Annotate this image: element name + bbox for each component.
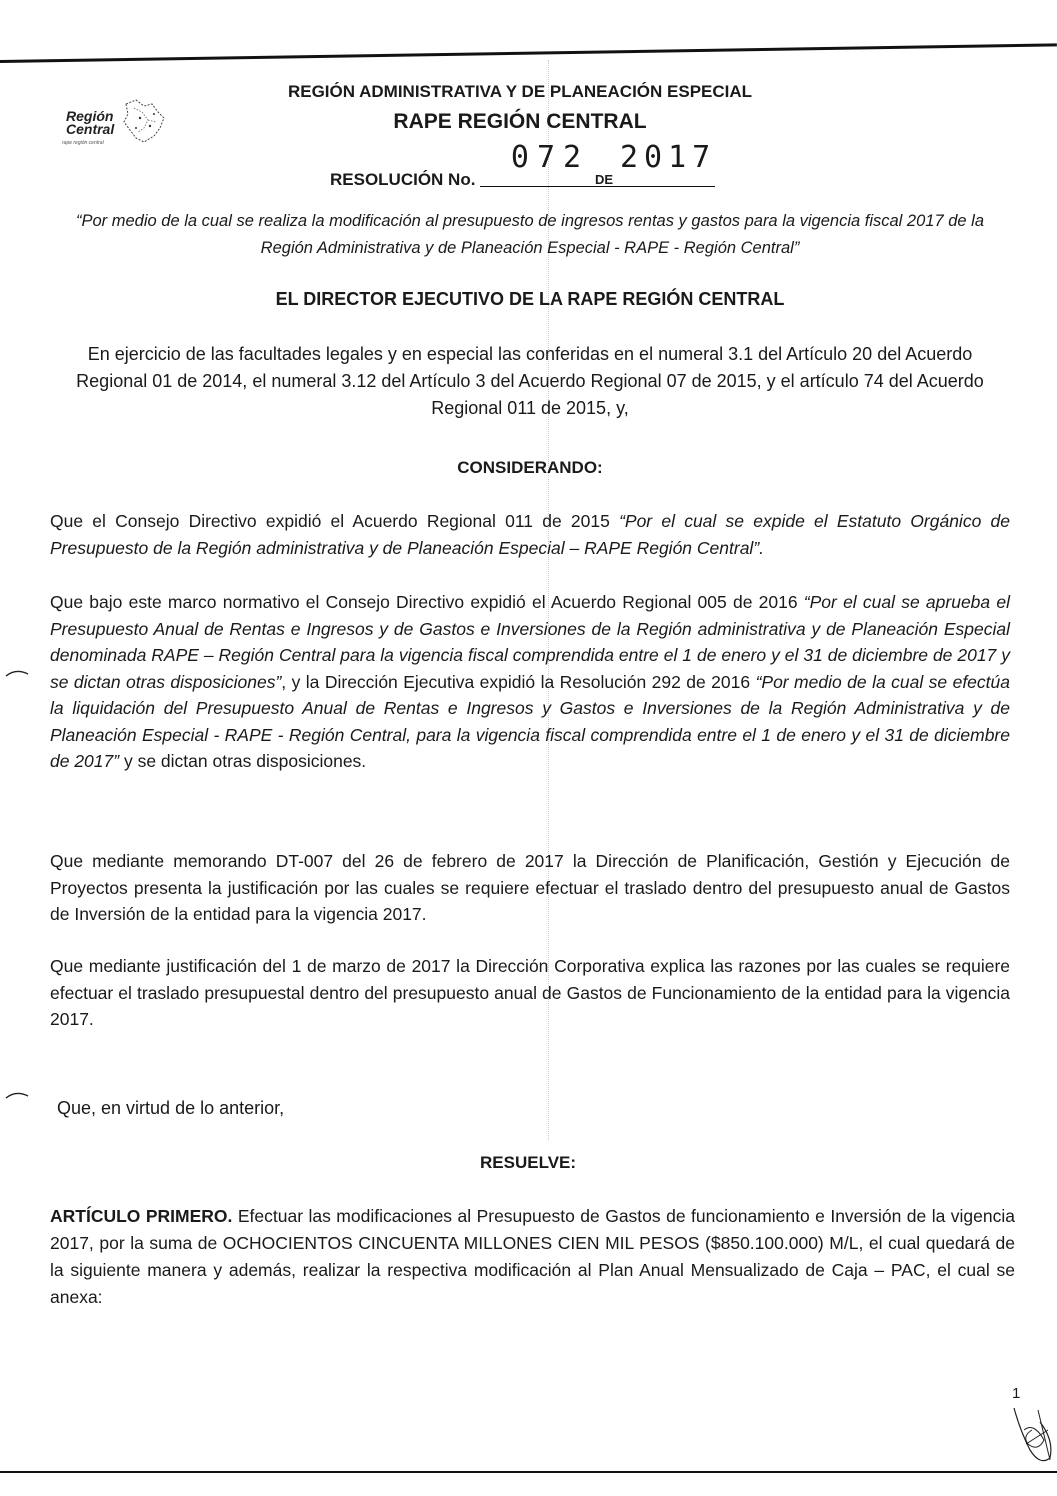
considerando-paragraph-4: Que mediante justificación del 1 de marz… bbox=[50, 953, 1010, 1033]
resolution-label: RESOLUCIÓN No. bbox=[330, 170, 475, 190]
margin-punch-mark bbox=[4, 1090, 34, 1100]
entity-name: RAPE REGIÓN CENTRAL bbox=[220, 110, 820, 134]
paragraph-text-mid: , y la Dirección Ejecutiva expidió la Re… bbox=[281, 672, 755, 692]
bottom-rule bbox=[0, 1471, 1057, 1473]
facultades-paragraph: En ejercicio de las facultades legales y… bbox=[50, 341, 1010, 422]
considerando-paragraph-1: Que el Consejo Directivo expidió el Acue… bbox=[50, 508, 1010, 561]
resuelve-heading: RESUELVE: bbox=[480, 1150, 576, 1177]
considerando-paragraph-3: Que mediante memorando DT-007 del 26 de … bbox=[50, 848, 1010, 928]
logo-text-central: Central bbox=[66, 122, 114, 136]
paragraph-tail: y se dictan otras disposiciones. bbox=[119, 751, 366, 771]
considerando-paragraph-2: Que bajo este marco normativo el Consejo… bbox=[50, 589, 1010, 775]
virtud-paragraph: Que, en virtud de lo anterior, bbox=[57, 1095, 284, 1122]
top-rule bbox=[0, 43, 1057, 63]
initials-signature-icon bbox=[1010, 1400, 1055, 1470]
articulo-label: ARTÍCULO PRIMERO. bbox=[50, 1206, 232, 1226]
paragraph-text: Que bajo este marco normativo el Consejo… bbox=[50, 592, 804, 612]
articulo-primero: ARTÍCULO PRIMERO. Efectuar las modificac… bbox=[50, 1203, 1015, 1311]
paragraph-text: Que el Consejo Directivo expidió el Acue… bbox=[50, 511, 619, 531]
region-central-logo: Región Central rape región central bbox=[58, 98, 178, 158]
region-map-icon bbox=[118, 98, 168, 144]
resolution-title: “Por medio de la cual se realiza la modi… bbox=[60, 208, 1000, 262]
entity-heading: REGIÓN ADMINISTRATIVA Y DE PLANEACIÓN ES… bbox=[220, 82, 820, 102]
logo-tagline: rape región central bbox=[62, 140, 104, 146]
resolution-year: 2017 bbox=[620, 140, 715, 187]
resolution-de-label: DE bbox=[595, 172, 613, 187]
considerando-heading: CONSIDERANDO: bbox=[60, 455, 1000, 482]
director-heading: EL DIRECTOR EJECUTIVO DE LA RAPE REGIÓN … bbox=[60, 286, 1000, 313]
margin-punch-mark bbox=[4, 668, 34, 678]
